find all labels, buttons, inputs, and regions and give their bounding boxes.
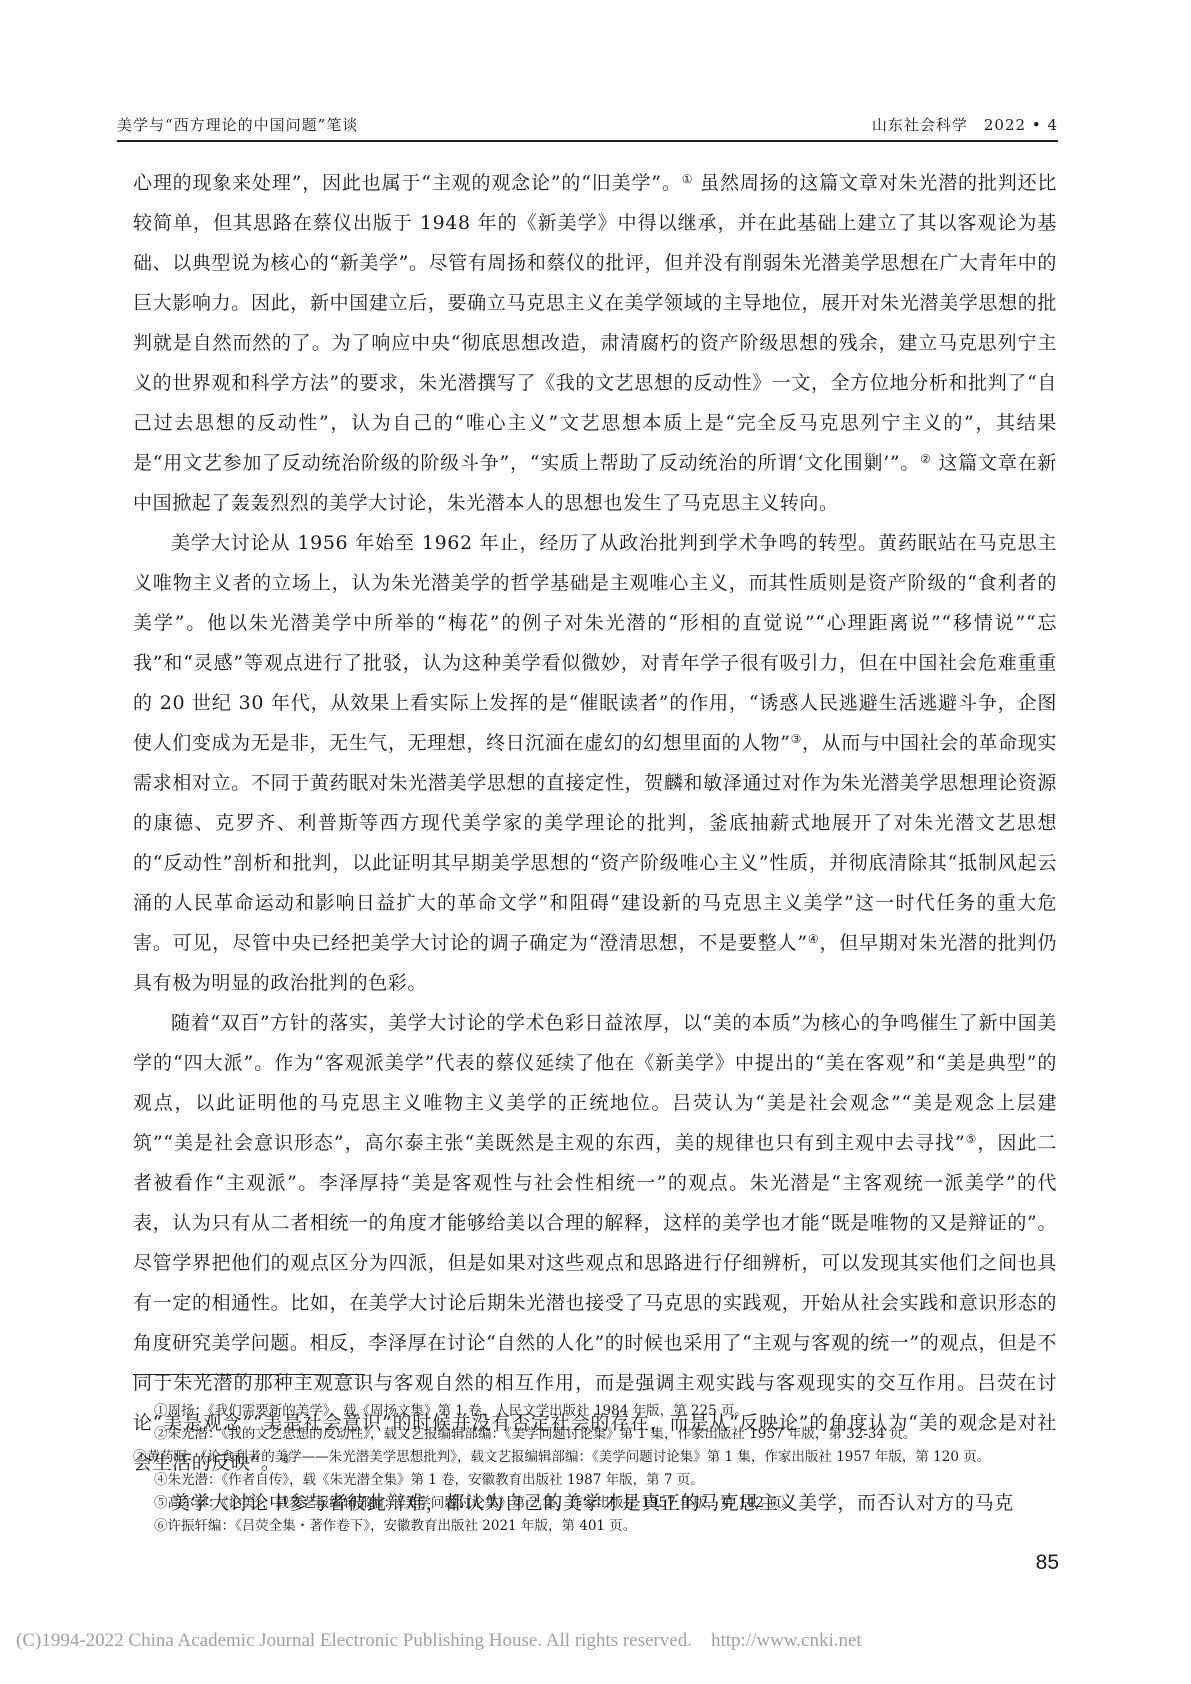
journal-issue: 山东社会科学 2022 • 4 bbox=[872, 114, 1058, 135]
footnote-ref[interactable]: ④ bbox=[808, 932, 820, 946]
footnote-2: ②朱光潜：《我的文艺思想的反动性》，载文艺报编辑部编：《美学问题讨论集》第 1 … bbox=[133, 1423, 1057, 1446]
footnote-1: ①周扬：《我们需要新的美学》，载《周扬文集》第 1 卷，人民文学出版社 1984… bbox=[133, 1400, 1057, 1423]
section-title: 美学与“西方理论的中国问题”笔谈 bbox=[117, 114, 358, 135]
paragraph-2: 美学大讨论从 1956 年始至 1962 年止，经历了从政治批判到学术争鸣的转型… bbox=[133, 523, 1057, 1003]
footnote-ref[interactable]: ② bbox=[920, 452, 932, 466]
article-body: 心理的现象来处理”，因此也属于“主观的观念论”的“旧美学”。① 虽然周扬的这篇文… bbox=[133, 163, 1057, 1523]
page-number: 85 bbox=[1036, 1551, 1059, 1575]
footnote-ref[interactable]: ③ bbox=[791, 732, 802, 746]
footnote-4: ④朱光潜：《作者自传》，载《朱光潜全集》第 1 卷，安徽教育出版社 1987 年… bbox=[133, 1469, 1057, 1492]
footnote-5: ⑤高尔泰：《论美》，载文艺报编辑部编：《美学问题讨论集》第 2 集，作家出版社 … bbox=[133, 1492, 1057, 1515]
footnote-divider bbox=[133, 1374, 365, 1375]
footnote-6: ⑥许振轩编：《吕荧全集・著作卷下》，安徽教育出版社 2021 年版，第 401 … bbox=[133, 1515, 1057, 1538]
paragraph-1: 心理的现象来处理”，因此也属于“主观的观念论”的“旧美学”。① 虽然周扬的这篇文… bbox=[133, 163, 1057, 523]
footnote-3: ③黄药眠：《论食利者的美学——朱光潜美学思想批判》，载文艺报编辑部编：《美学问题… bbox=[133, 1446, 1057, 1469]
footnote-ref[interactable]: ⑤ bbox=[965, 1132, 977, 1146]
footnote-ref[interactable]: ① bbox=[682, 172, 694, 186]
footnotes: ①周扬：《我们需要新的美学》，载《周扬文集》第 1 卷，人民文学出版社 1984… bbox=[133, 1400, 1057, 1538]
copyright-notice: (C)1994-2022 China Academic Journal Elec… bbox=[16, 1630, 862, 1652]
running-header: 美学与“西方理论的中国问题”笔谈 山东社会科学 2022 • 4 bbox=[117, 112, 1058, 142]
